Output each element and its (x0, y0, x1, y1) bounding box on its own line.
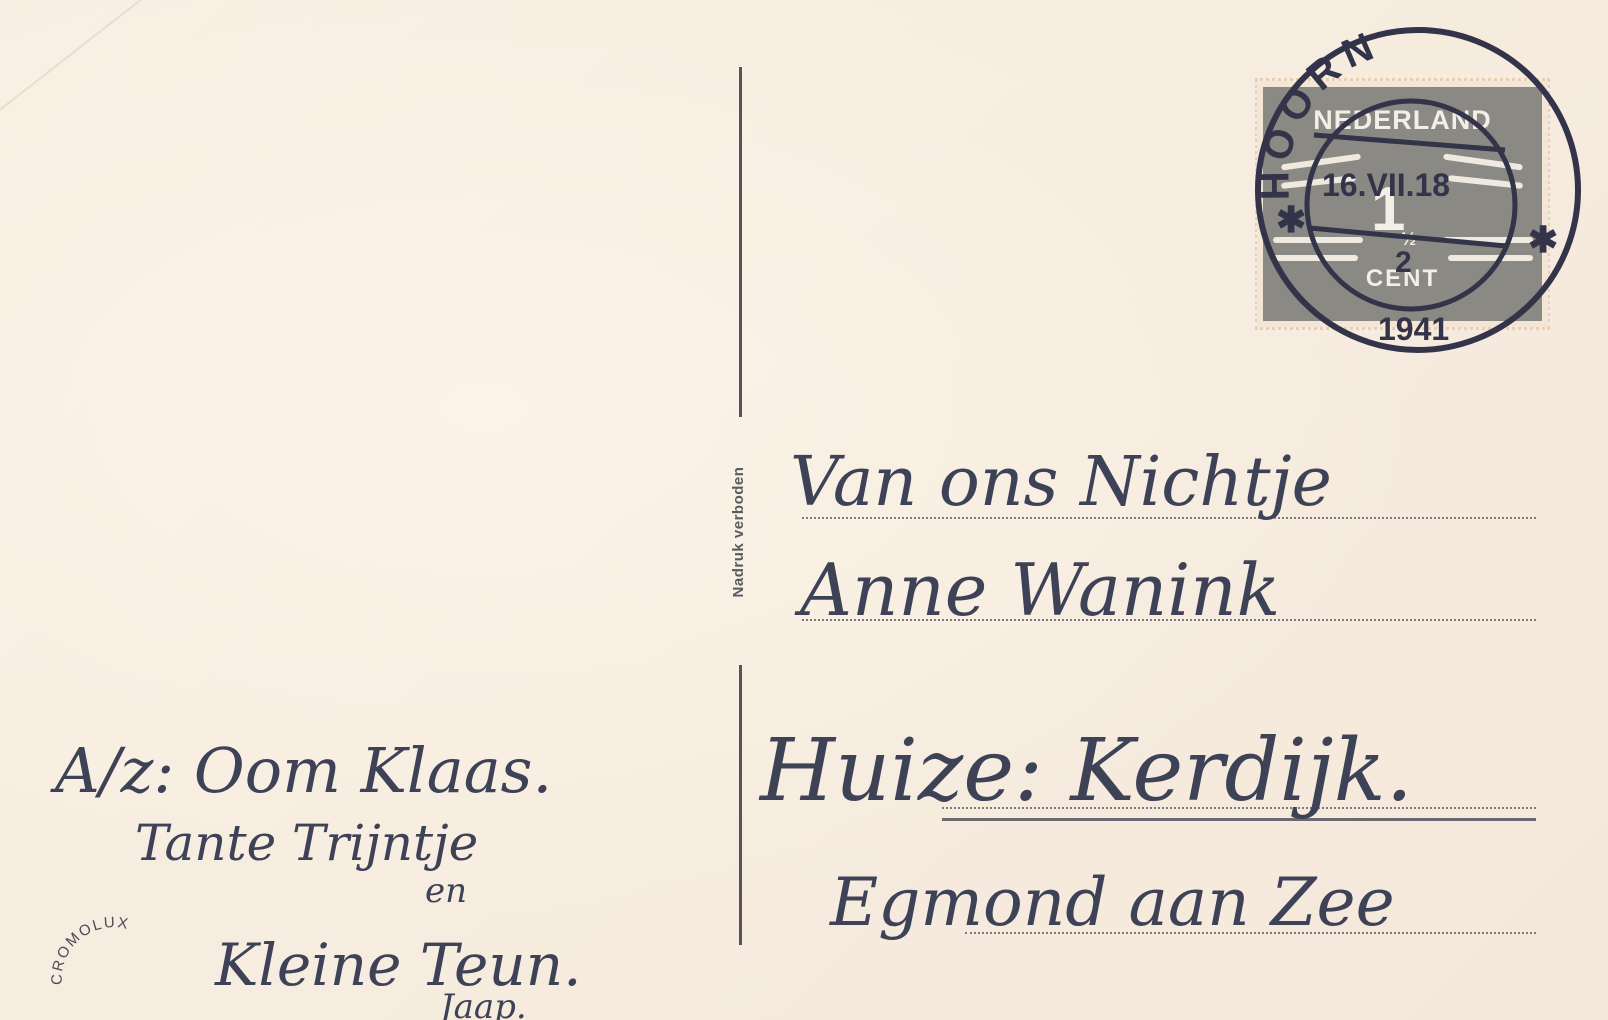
address-line-3 (942, 807, 1536, 809)
stamp-wing-decoration (1448, 175, 1523, 189)
sender-line-5: Jaap. (434, 987, 527, 1020)
postage-stamp: NEDERLAND 1 ½ CENT (1263, 87, 1542, 321)
postcard: Nadruk verboden NEDERLAND 1 ½ CENT HOORN… (0, 0, 1608, 1020)
stamp-wing-decoration (1443, 237, 1533, 243)
address-line-1 (802, 517, 1536, 519)
paper-crease (0, 0, 165, 142)
stamp-country: NEDERLAND (1263, 105, 1542, 136)
publisher-mark: CROMOLUX (49, 914, 132, 985)
stamp-wing-decoration (1281, 175, 1356, 189)
stamp-wing-decoration (1273, 237, 1363, 243)
address-line-2 (802, 619, 1536, 621)
stamp-wing-decoration (1281, 153, 1361, 170)
address-line-4 (965, 932, 1536, 934)
imprint-text: Nadruk verboden (730, 442, 750, 622)
stamp-unit: CENT (1263, 265, 1542, 293)
stamp-wing-decoration (1273, 255, 1358, 261)
address-line-3-underline (942, 818, 1536, 821)
address-line-1-text: Van ons Nichtje (790, 443, 1332, 522)
center-divider-bottom (739, 665, 742, 945)
sender-line-4: Kleine Teun. (214, 931, 582, 999)
sender-line-2: Tante Trijntje (135, 814, 478, 872)
sender-line-1: A/z: Oom Klaas. (50, 734, 552, 807)
stamp-wing-decoration (1448, 255, 1533, 261)
stamp-value-fraction: ½ (1401, 229, 1416, 250)
center-divider-top (739, 67, 742, 417)
stamp-wing-decoration (1443, 153, 1523, 170)
address-line-3-text: Huize: Kerdijk. (758, 721, 1413, 821)
address-line-4-text: Egmond aan Zee (829, 864, 1395, 941)
sender-line-3: en (425, 871, 467, 911)
